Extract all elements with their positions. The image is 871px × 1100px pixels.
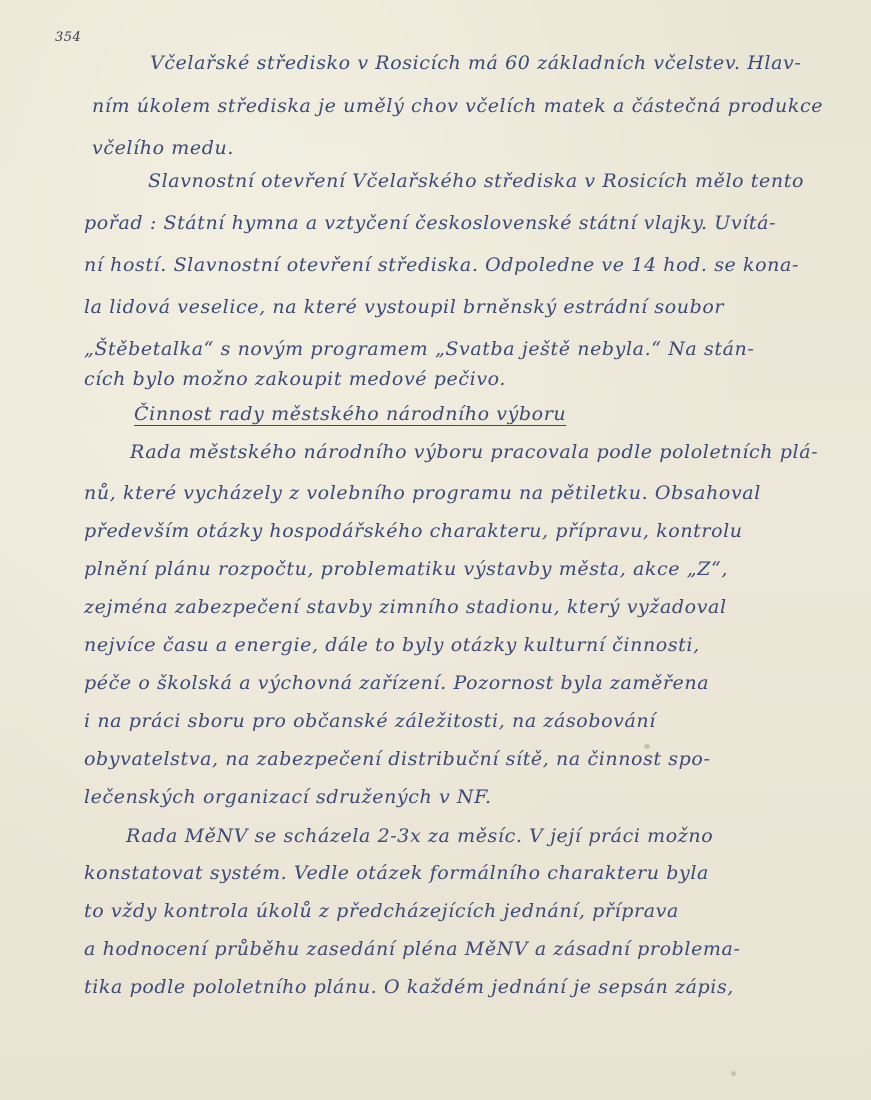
text-line: nů, které vycházely z volebního programu… bbox=[84, 482, 761, 504]
text-line: i na práci sboru pro občanské záležitost… bbox=[84, 710, 656, 732]
text-line: a hodnocení průběhu zasedání pléna MěNV … bbox=[84, 938, 741, 960]
text-line: konstatovat systém. Vedle otázek formáln… bbox=[84, 862, 709, 884]
text-line: Slavnostní otevření Včelařského středisk… bbox=[148, 170, 804, 192]
text-line: pořad : Státní hymna a vztyčení českoslo… bbox=[84, 212, 776, 234]
paper-stain bbox=[731, 1071, 736, 1076]
page-number: 354 bbox=[55, 30, 81, 45]
text-line: ním úkolem střediska je umělý chov včelí… bbox=[92, 95, 823, 117]
text-line: plnění plánu rozpočtu, problematiku výst… bbox=[84, 558, 728, 580]
text-line: nejvíce času a energie, dále to byly otá… bbox=[84, 634, 700, 656]
text-line: Rada městského národního výboru pracoval… bbox=[130, 441, 818, 463]
text-line: včelího medu. bbox=[92, 137, 234, 159]
text-line: cích bylo možno zakoupit medové pečivo. bbox=[84, 368, 506, 390]
text-line: to vždy kontrola úkolů z předcházejících… bbox=[84, 900, 679, 922]
document-page: 354 Včelařské středisko v Rosicích má 60… bbox=[0, 0, 871, 1100]
text-line: lečenských organizací sdružených v NF. bbox=[84, 786, 492, 808]
text-line: ní hostí. Slavnostní otevření střediska.… bbox=[84, 254, 799, 276]
section-heading: Činnost rady městského národního výboru bbox=[134, 403, 566, 425]
text-line: „Štěbetalka“ s novým programem „Svatba j… bbox=[84, 338, 754, 360]
text-line: především otázky hospodářského charakter… bbox=[84, 520, 743, 542]
paper-stain bbox=[644, 744, 650, 749]
text-line: péče o školská a výchovná zařízení. Pozo… bbox=[84, 672, 709, 694]
text-line: obyvatelstva, na zabezpečení distribuční… bbox=[84, 748, 710, 770]
text-line: Rada MěNV se scházela 2-3x za měsíc. V j… bbox=[126, 825, 713, 847]
text-line: zejména zabezpečení stavby zimního stadi… bbox=[84, 596, 727, 618]
text-line: la lidová veselice, na které vystoupil b… bbox=[84, 296, 724, 318]
text-line: tika podle pololetního plánu. O každém j… bbox=[84, 976, 734, 998]
text-line: Včelařské středisko v Rosicích má 60 zák… bbox=[150, 52, 801, 74]
